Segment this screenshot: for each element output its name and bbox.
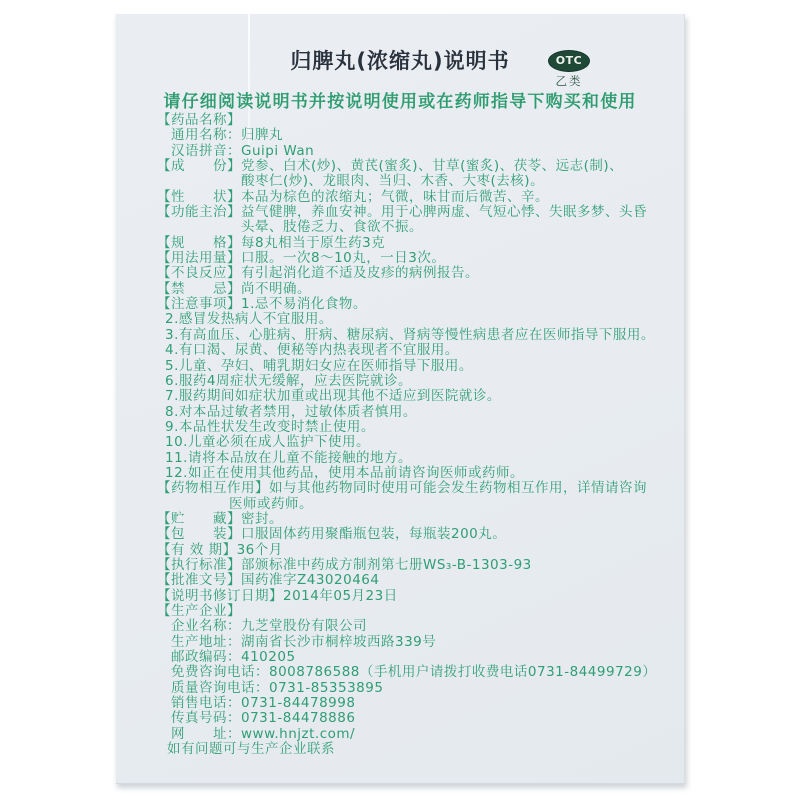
document-line: 【药物相互作用】如与其他药物同时使用可能会发生药物相互作用，详情请咨询: [157, 481, 662, 496]
document-line: 医师或药师。: [157, 497, 662, 512]
otc-badge: OTC 乙类: [548, 50, 590, 89]
document-line: 网 址：www.hnjzt.com/: [157, 727, 662, 742]
document-line: 12.如正在使用其他药品，使用本品前请咨询医师或药师。: [157, 466, 662, 481]
document-line: 3.有高血压、心脏病、肝病、糖尿病、肾病等慢性病患者应在医师指导下服用。: [157, 328, 662, 343]
document-line: 【有 效 期】36个月: [157, 543, 662, 558]
document-line: 销售电话：0731-84478998: [157, 696, 662, 711]
document-line: 如有问题可与生产企业联系: [157, 742, 662, 757]
document-line: 【禁 忌】尚不明确。: [157, 282, 662, 297]
document-line: 10.儿童必须在成人监护下使用。: [157, 435, 662, 450]
document-line: 企业名称：九芝堂股份有限公司: [157, 619, 662, 634]
document-line: 通用名称：归脾丸: [157, 128, 662, 143]
document-line: 【贮 藏】密封。: [157, 512, 662, 527]
document-line: 【药品名称】: [157, 113, 662, 128]
photo-background: 归脾丸(浓缩丸)说明书 OTC 乙类 请仔细阅读说明书并按说明使用或在药师指导下…: [0, 0, 800, 800]
instruction-leaflet: 归脾丸(浓缩丸)说明书 OTC 乙类 请仔细阅读说明书并按说明使用或在药师指导下…: [115, 14, 685, 784]
document-line: 【批准文号】国药准字Z43020464: [157, 573, 662, 588]
document-line: 7.服药期间如症状加重或出现其他不适应到医院就诊。: [157, 389, 662, 404]
document-line: 【性 状】本品为棕色的浓缩丸；气微，味甘而后微苦、辛。: [157, 190, 662, 205]
document-line: 【不良反应】有引起消化道不适及皮疹的病例报告。: [157, 266, 662, 281]
document-line: 传真号码：0731-84478886: [157, 711, 662, 726]
document-line: 11.请将本品放在儿童不能接触的地方。: [157, 451, 662, 466]
document-body: 【药品名称】通用名称：归脾丸汉语拼音：Guipi Wan【成 份】党参、白术(炒…: [157, 113, 662, 757]
document-line: 生产地址：湖南省长沙市桐梓坡西路339号: [157, 635, 662, 650]
otc-icon: OTC: [548, 50, 590, 72]
document-line: 6.服药4周症状无缓解，应去医院就诊。: [157, 374, 662, 389]
document-title: 归脾丸(浓缩丸)说明书: [115, 45, 685, 75]
document-line: 汉语拼音：Guipi Wan: [157, 144, 662, 159]
usage-notice: 请仔细阅读说明书并按说明使用或在药师指导下购买和使用: [115, 87, 685, 112]
document-line: 头晕、肢倦乏力、食欲不振。: [157, 220, 662, 235]
document-line: 【执行标准】部颁标准中药成方制剂第七册WS₃-B-1303-93: [157, 558, 662, 573]
document-line: 【说明书修订日期】2014年05月23日: [157, 589, 662, 604]
document-line: 5.儿童、孕妇、哺乳期妇女应在医师指导下服用。: [157, 359, 662, 374]
document-line: 质量咨询电话：0731-85353895: [157, 681, 662, 696]
document-line: 2.感冒发热病人不宜服用。: [157, 312, 662, 327]
document-line: 9.本品性状发生改变时禁止使用。: [157, 420, 662, 435]
document-line: 【包 装】口服固体药用聚酯瓶包装，每瓶装200丸。: [157, 527, 662, 542]
document-line: 【规 格】每8丸相当于原生药3克: [157, 236, 662, 251]
document-line: 酸枣仁(炒)、龙眼肉、当归、木香、大枣(去核)。: [157, 174, 662, 189]
document-line: 4.有口渴、尿黄、便秘等内热表现者不宜服用。: [157, 343, 662, 358]
document-line: 8.对本品过敏者禁用，过敏体质者慎用。: [157, 405, 662, 420]
document-line: 免费咨询电话：8008786588（手机用户请拨打收费电话0731-844997…: [157, 665, 662, 680]
